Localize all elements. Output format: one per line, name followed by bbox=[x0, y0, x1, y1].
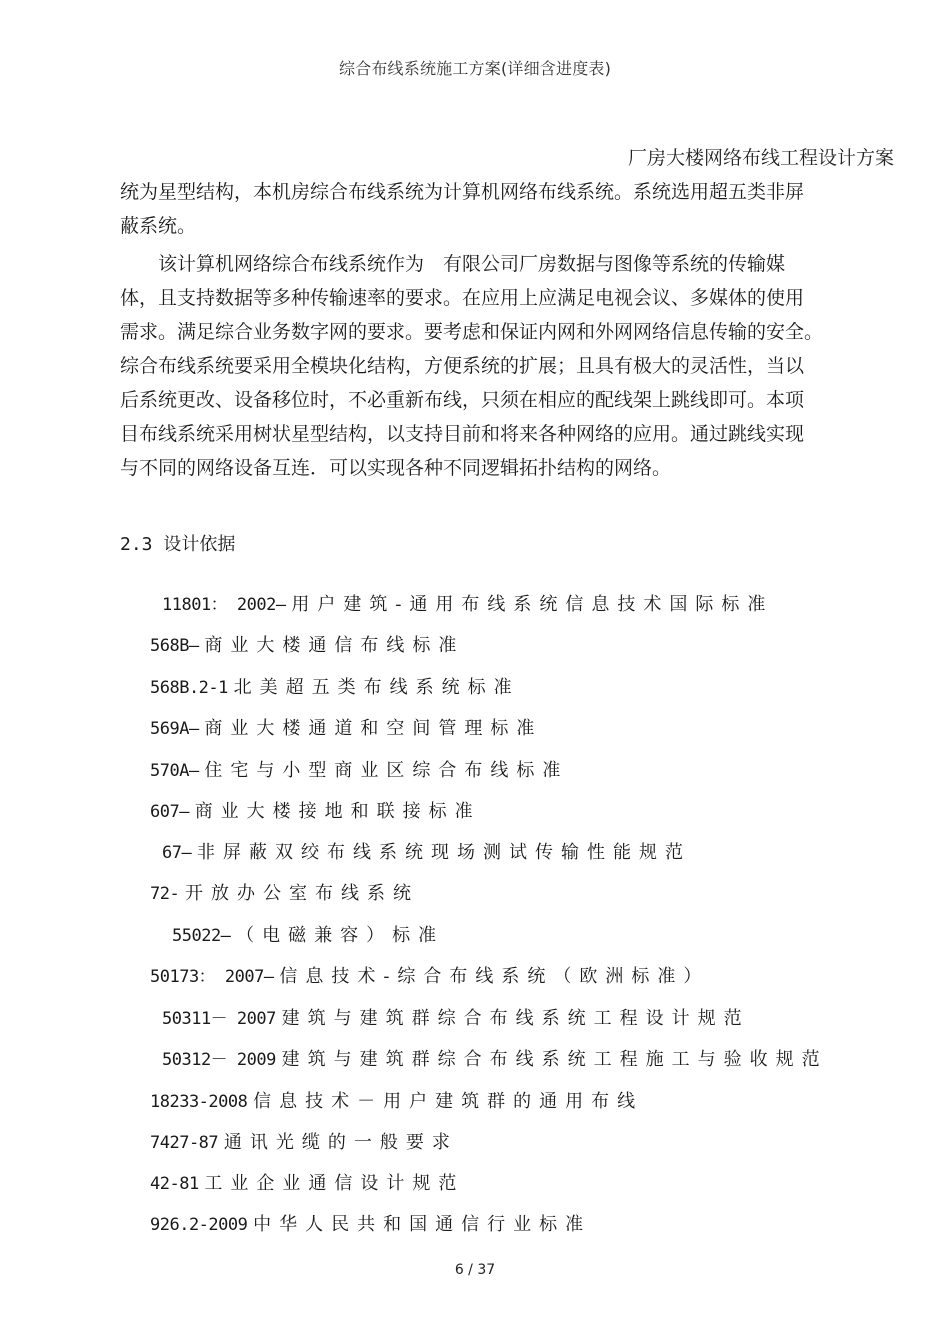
standard-name: 开放办公室布线系统 bbox=[185, 883, 419, 904]
paragraph-line: 统为星型结构，本机房综合布线系统为计算机网络布线系统。系统选用超五类非屏 bbox=[120, 175, 880, 209]
standard-name: 信息技术-综合布线系统（欧洲标准） bbox=[279, 966, 709, 987]
paragraph-line: 综合布线系统要采用全模块化结构，方便系统的扩展；且具有极大的灵活性，当以 bbox=[120, 349, 880, 383]
standard-item: 50173： 2007— 信息技术-综合布线系统（欧洲标准） bbox=[150, 962, 709, 992]
standard-item: 607— 商业大楼接地和联接标准 bbox=[150, 797, 481, 827]
standard-code: 7427-87 bbox=[150, 1133, 218, 1153]
standard-code: 55022— bbox=[172, 926, 230, 946]
paragraph-line: 与不同的网络设备互连．可以实现各种不同逻辑拓扑结构的网络。 bbox=[120, 451, 880, 485]
standard-code: 11801： 2002— bbox=[162, 595, 286, 615]
standard-name: 信息技术－用户建筑群的通用布线 bbox=[253, 1091, 643, 1112]
standard-code: 568B— bbox=[150, 636, 199, 656]
standard-item: 11801： 2002— 用户建筑-通用布线系统信息技术国际标准 bbox=[162, 590, 773, 620]
paragraph-line: 后系统更改、设备移位时，不必重新布线，只须在相应的配线架上跳线即可。本项 bbox=[120, 383, 880, 417]
standard-code: 569A— bbox=[150, 719, 199, 739]
standard-code: 42-81 bbox=[150, 1174, 199, 1194]
standard-name: 商业大楼通信布线标准 bbox=[204, 635, 464, 656]
standard-code: 67— bbox=[162, 843, 191, 863]
standard-code: 18233-2008 bbox=[150, 1092, 247, 1112]
paragraph-line: 需求。满足综合业务数字网的要求。要考虑和保证内网和外网网络信息传输的安全。 bbox=[120, 315, 880, 349]
standard-code: 50173： 2007— bbox=[150, 967, 274, 987]
standard-name: 工业企业通信设计规范 bbox=[204, 1173, 464, 1194]
standard-item: 568B.2-1 北美超五类布线系统标准 bbox=[150, 673, 520, 703]
standard-item: 67— 非屏蔽双绞布线系统现场测试传输性能规范 bbox=[162, 838, 691, 868]
standard-code: 50312－ 2009 bbox=[162, 1050, 276, 1070]
paragraph-line: 该计算机网络综合布线系统作为 有限公司厂房数据与图像等系统的传输媒 bbox=[120, 247, 880, 281]
section-heading-design-basis: 2.3 设计依据 bbox=[120, 530, 235, 556]
standard-name: 商业大楼通道和空间管理标准 bbox=[204, 718, 542, 739]
standard-code: 50311－ 2007 bbox=[162, 1009, 276, 1029]
standard-item: 18233-2008 信息技术－用户建筑群的通用布线 bbox=[150, 1087, 643, 1117]
standard-name: 住宅与小型商业区综合布线标准 bbox=[204, 760, 568, 781]
standard-name: 通讯光缆的一般要求 bbox=[224, 1132, 458, 1153]
standard-code: 570A— bbox=[150, 761, 199, 781]
standard-code: 926.2-2009 bbox=[150, 1215, 247, 1235]
standard-code: 72- bbox=[150, 884, 179, 904]
standard-code: 607— bbox=[150, 802, 189, 822]
standard-item: 569A— 商业大楼通道和空间管理标准 bbox=[150, 714, 542, 744]
standard-item: 50311－ 2007 建筑与建筑群综合布线系统工程设计规范 bbox=[162, 1004, 750, 1034]
standard-item: 570A— 住宅与小型商业区综合布线标准 bbox=[150, 756, 568, 786]
paragraph-line: 目布线系统采用树状星型结构，以支持目前和将来各种网络的应用。通过跳线实现 bbox=[120, 417, 880, 451]
standard-name: （电磁兼容）标准 bbox=[236, 925, 444, 946]
standard-name: 北美超五类布线系统标准 bbox=[234, 677, 520, 698]
standard-item: 55022— （电磁兼容）标准 bbox=[172, 921, 444, 951]
standard-name: 非屏蔽双绞布线系统现场测试传输性能规范 bbox=[197, 842, 691, 863]
standard-name: 商业大楼接地和联接标准 bbox=[195, 801, 481, 822]
standard-item: 50312－ 2009 建筑与建筑群综合布线系统工程施工与验收规范 bbox=[162, 1045, 828, 1075]
standard-name: 中华人民共和国通信行业标准 bbox=[253, 1214, 591, 1235]
standard-item: 72- 开放办公室布线系统 bbox=[150, 879, 419, 909]
standard-item: 926.2-2009 中华人民共和国通信行业标准 bbox=[150, 1210, 591, 1240]
standard-name: 用户建筑-通用布线系统信息技术国际标准 bbox=[291, 594, 773, 615]
running-header-title: 综合布线系统施工方案(详细含进度表) bbox=[0, 56, 950, 79]
standard-item: 42-81 工业企业通信设计规范 bbox=[150, 1169, 464, 1199]
paragraph-system-structure: 统为星型结构，本机房综合布线系统为计算机网络布线系统。系统选用超五类非屏 蔽系统… bbox=[120, 175, 880, 243]
standard-item: 568B— 商业大楼通信布线标准 bbox=[150, 631, 464, 661]
document-title: 厂房大楼网络布线工程设计方案 bbox=[628, 143, 894, 170]
standard-name: 建筑与建筑群综合布线系统工程设计规范 bbox=[282, 1008, 750, 1029]
paragraph-line: 蔽系统。 bbox=[120, 209, 880, 243]
paragraph-line: 体，且支持数据等多种传输速率的要求。在应用上应满足电视会议、多媒体的使用 bbox=[120, 281, 880, 315]
standard-code: 568B.2-1 bbox=[150, 678, 228, 698]
page-number: 6 / 37 bbox=[0, 1262, 950, 1278]
standard-name: 建筑与建筑群综合布线系统工程施工与验收规范 bbox=[282, 1049, 828, 1070]
standard-item: 7427-87 通讯光缆的一般要求 bbox=[150, 1128, 458, 1158]
paragraph-system-description: 该计算机网络综合布线系统作为 有限公司厂房数据与图像等系统的传输媒 体，且支持数… bbox=[120, 247, 880, 485]
